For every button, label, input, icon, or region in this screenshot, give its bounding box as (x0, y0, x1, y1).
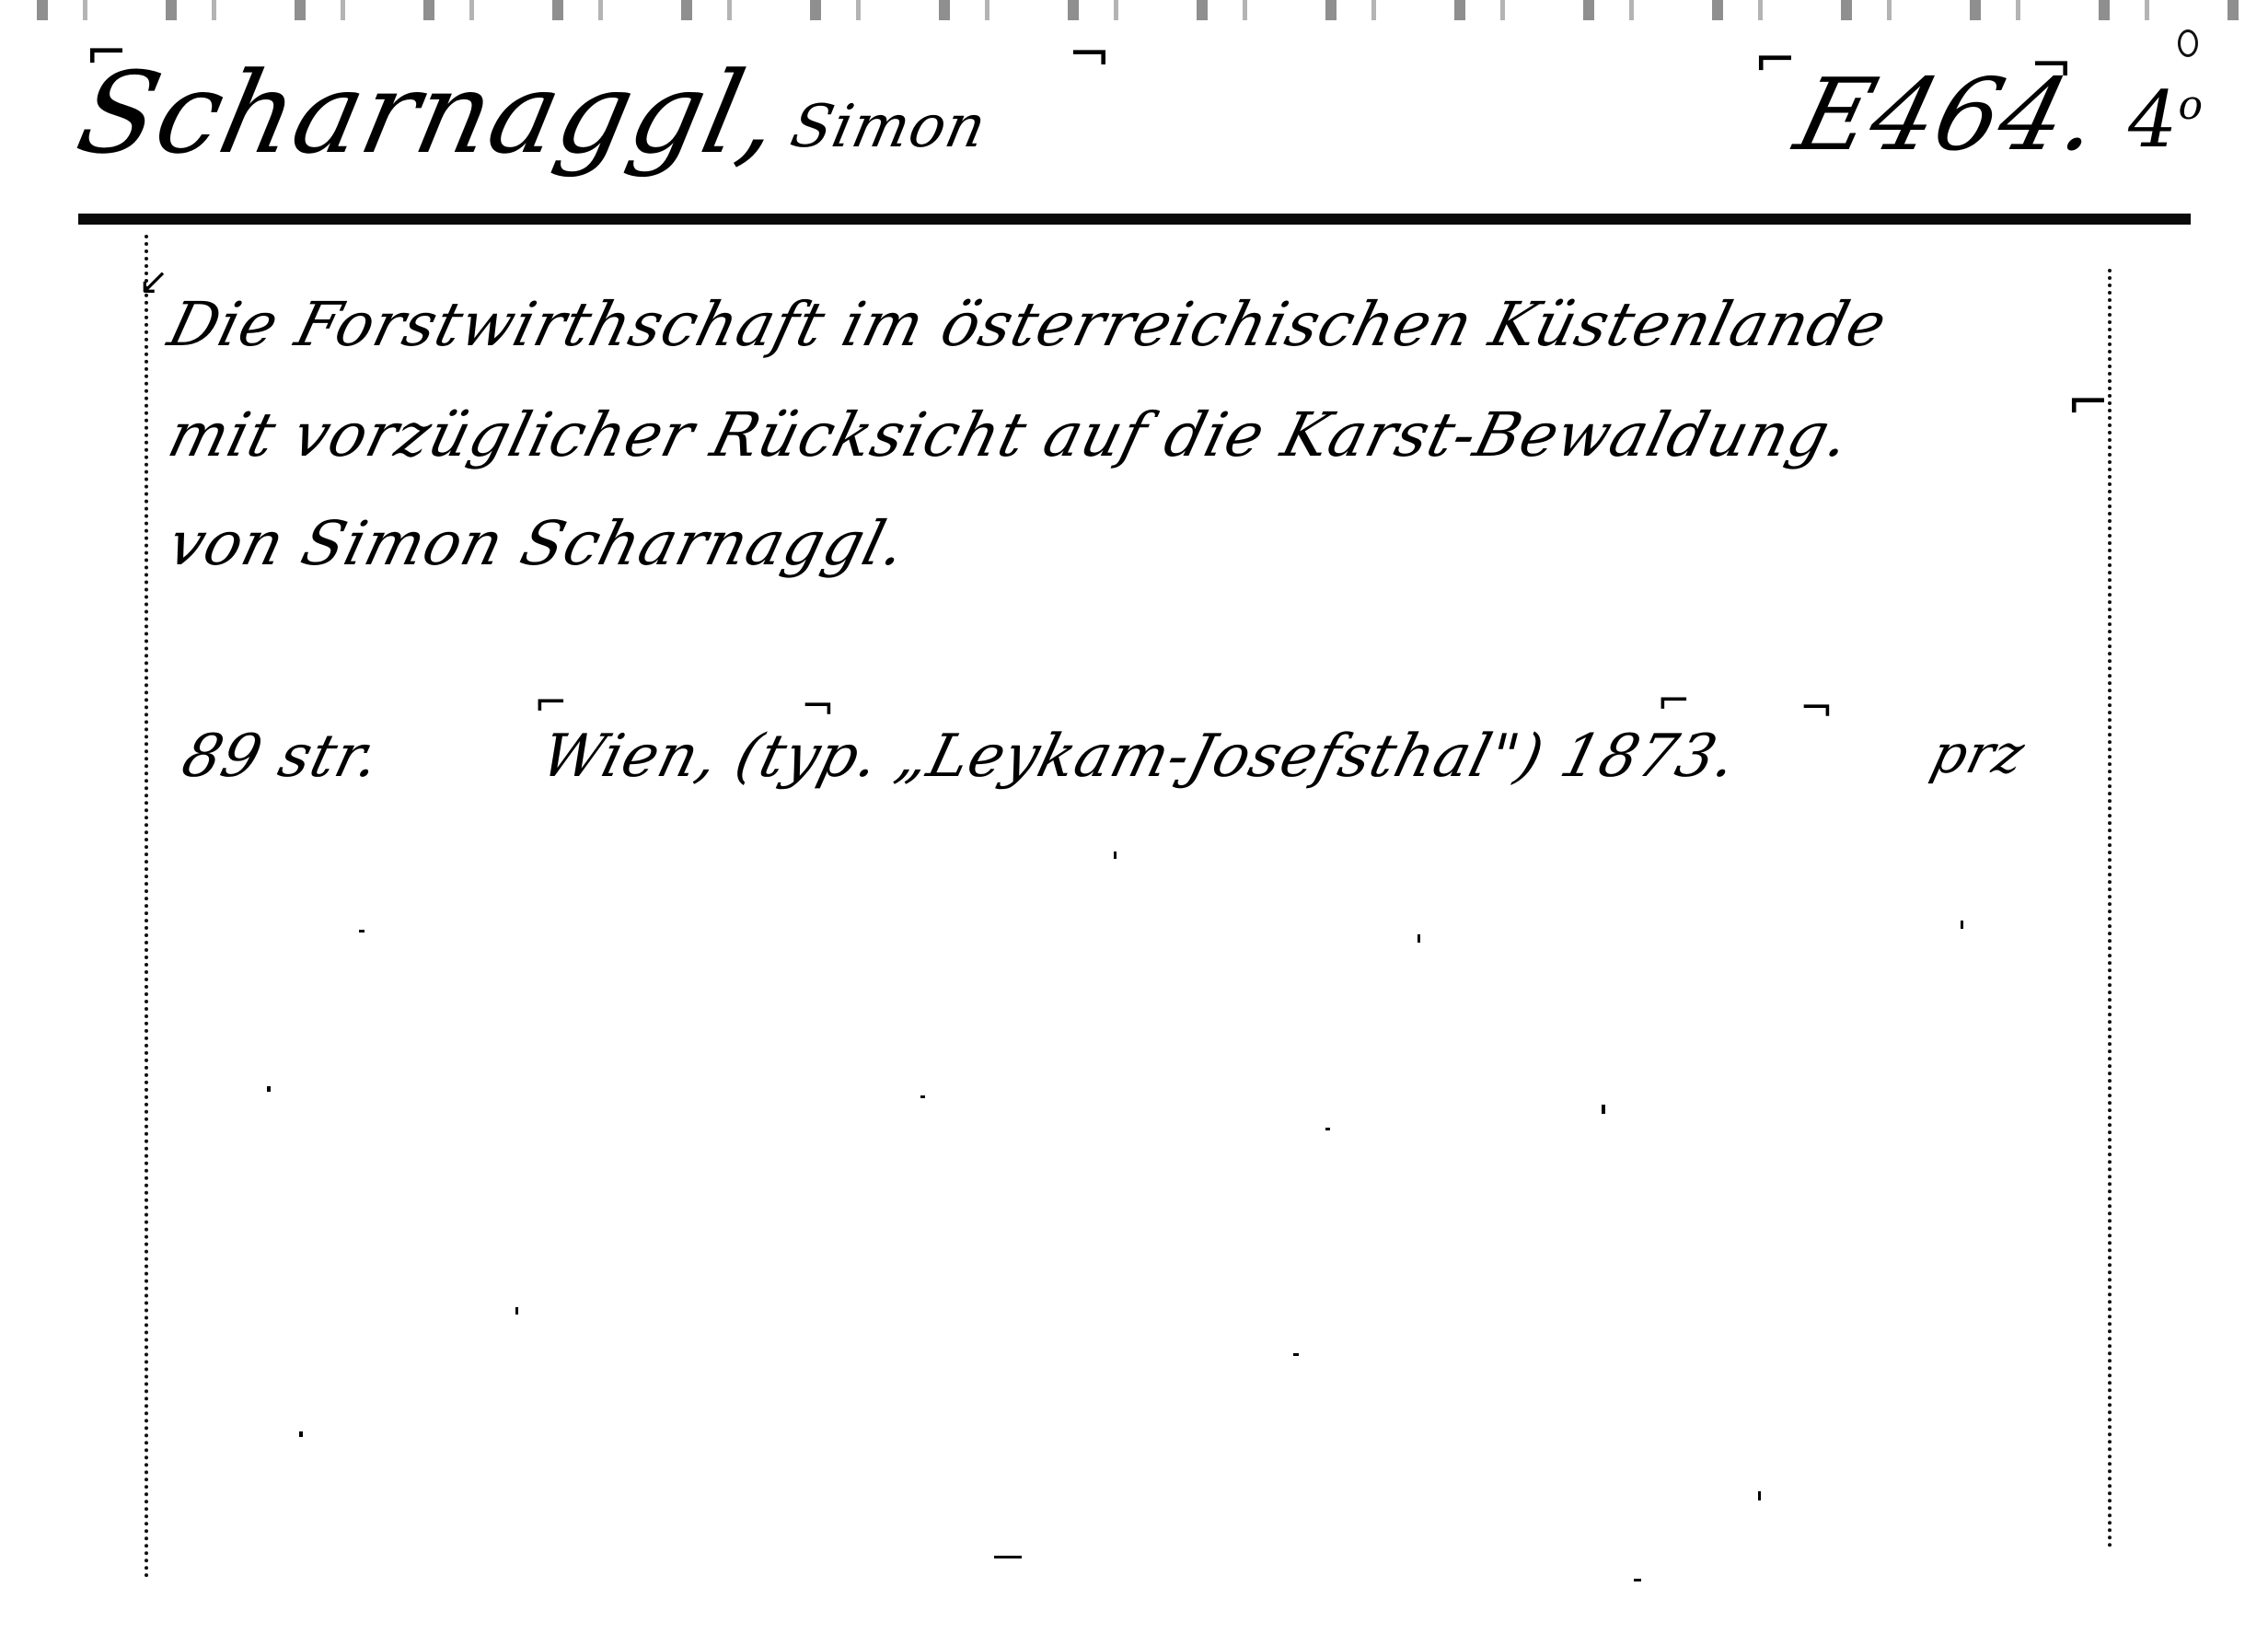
speck (1325, 1128, 1330, 1130)
imprint: Wien, (typ. „Leykam-Josefsthal") 1873. (536, 727, 1742, 786)
speck (1634, 1579, 1641, 1581)
title-line-1: Die Forstwirthschaft im österreichischen… (163, 295, 1892, 355)
catalog-card: ⌐ Scharnaggl,Simon ¬ ⌐ E464. ¬ 4o ↙ Die … (0, 0, 2268, 1645)
author-given-name: Simon (785, 93, 992, 161)
title-end-mark: ⌐ (2066, 377, 2110, 429)
format-superscript: o (2178, 82, 2204, 129)
callno-bracket-close: ¬ (2030, 41, 2073, 92)
title-line-2: mit vorzüglicher Rücksicht auf die Karst… (163, 405, 1857, 466)
speck (299, 1431, 303, 1437)
header-rule (78, 214, 2191, 225)
speck (1293, 1353, 1299, 1356)
speck (920, 1095, 925, 1098)
format-value: 4 (2128, 75, 2178, 165)
heading-author: Scharnaggl,Simon (69, 57, 1001, 169)
imprint-bracket-4: ¬ (1799, 689, 1834, 729)
right-margin-line (2108, 269, 2112, 1548)
speck (1114, 851, 1117, 859)
format-size: 4o (2128, 81, 2204, 158)
imprint-bracket-2: ¬ (801, 687, 835, 727)
heading-bracket-close: ¬ (1068, 29, 1111, 81)
scan-edge-noise (0, 0, 2268, 20)
speck (1602, 1105, 1605, 1114)
corner-circle-mark (2178, 29, 2198, 57)
title-start-mark: ↙ (138, 263, 169, 300)
title-line-3: von Simon Scharnaggl. (163, 514, 912, 574)
callno-bracket-open: ⌐ (1753, 35, 1797, 87)
author-surname: Scharnaggl, (67, 48, 793, 179)
speck (994, 1556, 1022, 1558)
speck (1417, 934, 1420, 943)
speck (359, 930, 364, 933)
speck (515, 1307, 518, 1315)
imprint-bracket-3: ⌐ (1657, 681, 1691, 722)
speck (1758, 1491, 1761, 1500)
speck (1961, 921, 1963, 929)
librarian-note: prz (1927, 727, 2031, 781)
left-margin-line (145, 235, 148, 1579)
imprint-bracket-1: ⌐ (534, 683, 568, 724)
pagination: 89 str. (177, 727, 386, 786)
speck (267, 1086, 271, 1092)
